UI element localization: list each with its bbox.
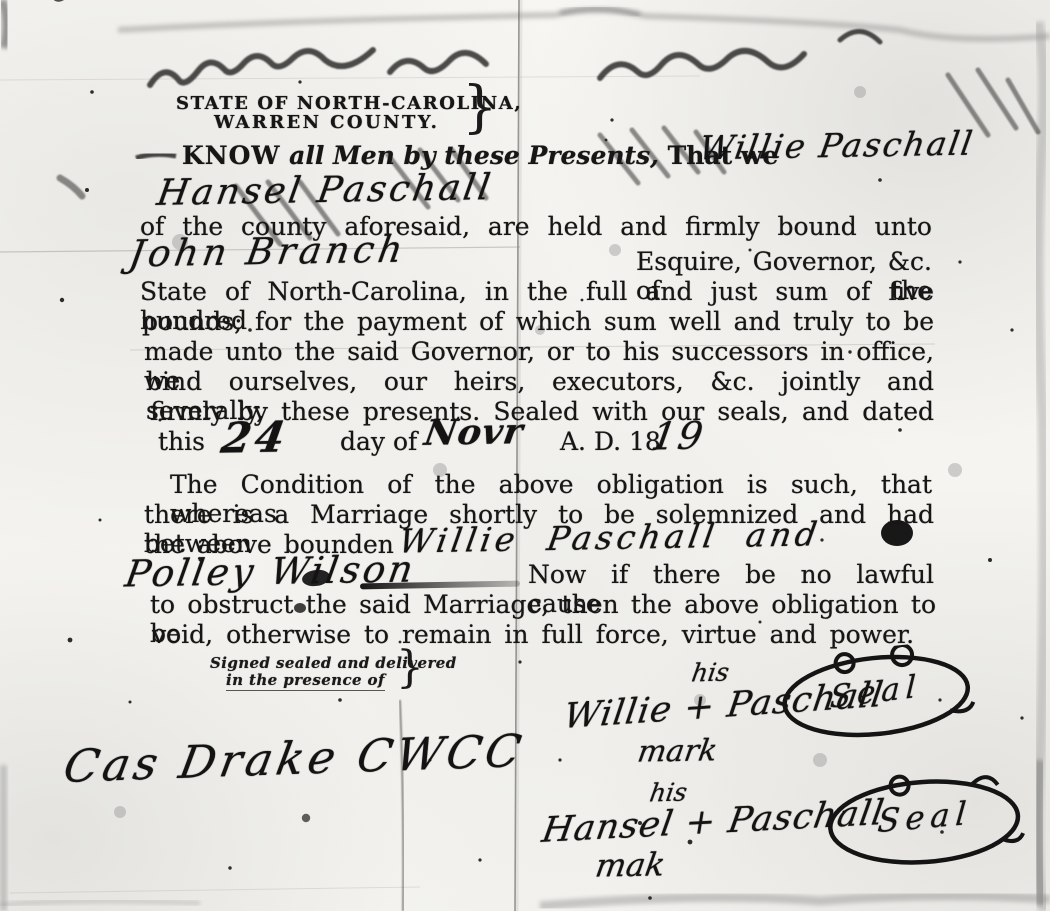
marriage-bond-document: STATE OF NORTH-CAROLINA, WARREN COUNTY. … (0, 0, 1050, 911)
date-day-value: 24 (218, 412, 292, 462)
principal-2-name: Hansel Paschall (154, 167, 496, 214)
obligee-name: John Branch (126, 228, 409, 276)
date-ad-label: A. D. 18 (560, 427, 661, 456)
header-county-line: WARREN COUNTY. (214, 112, 439, 133)
opening-know: KNOW (182, 141, 280, 170)
opening-italic: all Men by these Presents, (280, 141, 658, 170)
signature-2-mark: mak (593, 845, 668, 884)
principal-1-name: Willie Paschall (697, 124, 977, 168)
date-dayof-label: day of (340, 427, 417, 456)
date-year-suffix: 19 (648, 414, 708, 459)
groom-name: Willie Paschall and (396, 514, 823, 560)
attestation-brace: } (396, 646, 424, 690)
attestation-line-2: in the presence of (226, 671, 385, 691)
bond-line-pounds: pounds; for the payment of which sum wel… (142, 307, 934, 336)
date-month-value: Novr (422, 411, 527, 454)
date-this-label: this (158, 427, 205, 456)
bond-opening-line: KNOW all Men by these Presents, That we (182, 141, 778, 170)
seal-2: Seal (821, 765, 1027, 875)
header-brace: } (462, 80, 498, 136)
signature-1-his: his (690, 658, 732, 688)
condition-line-6: void, otherwise to remain in full force,… (152, 620, 914, 649)
bride-name: Polley Wilson (122, 547, 419, 595)
signature-1-mark: mark (635, 733, 720, 769)
